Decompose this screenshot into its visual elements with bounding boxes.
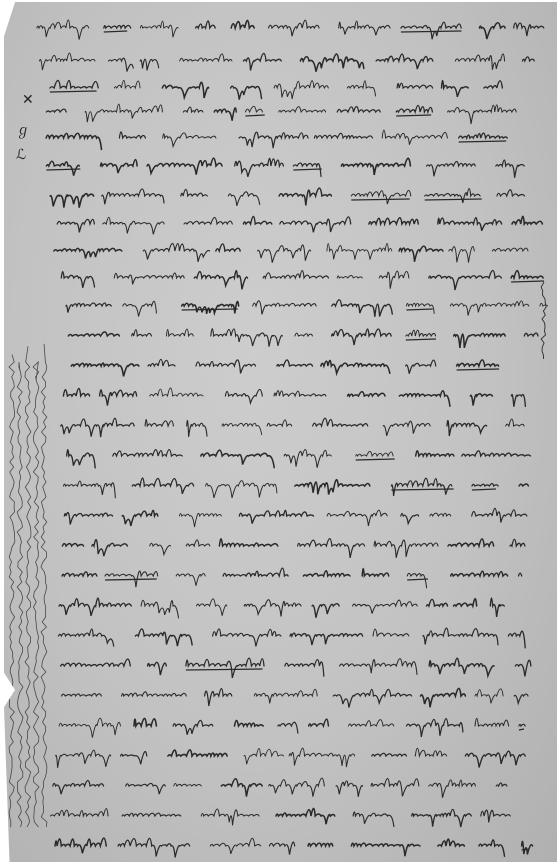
margin-annotation: [9, 355, 15, 827]
margin-cross-mark: ✕: [22, 92, 34, 108]
handwritten-line: [37, 20, 544, 40]
handwritten-line: [57, 216, 542, 234]
margin-annotation: [33, 362, 39, 827]
margin-mark: ℒ: [16, 147, 26, 163]
handwritten-line: [40, 53, 535, 72]
margin-mark: ℊ: [16, 120, 30, 140]
handwritten-line: [66, 300, 548, 317]
handwritten-line: [61, 418, 524, 437]
margin-annotation: [17, 362, 23, 827]
handwritten-line: [56, 748, 526, 768]
handwritten-line: [59, 598, 504, 618]
manuscript-page: ✕ ℊ ℒ: [4, 2, 557, 862]
handwritten-line: [50, 80, 503, 99]
handwritten-line: [64, 478, 529, 498]
margin-annotation: [41, 344, 47, 827]
handwritten-line: [61, 658, 531, 678]
handwritten-line: [53, 778, 507, 798]
handwritten-line: [64, 508, 527, 527]
handwritten-line: [71, 359, 499, 376]
handwritten-line: [59, 718, 525, 738]
handwritten-line: [59, 628, 526, 648]
handwritten-line: [55, 838, 533, 857]
handwritten-line: [68, 329, 538, 348]
handwritten-line: [50, 188, 524, 208]
handwritten-line: [46, 130, 507, 149]
handwritten-line: [61, 271, 544, 291]
handwritten-line: [50, 808, 510, 827]
handwritten-line: [54, 243, 528, 262]
handwritten-line: [62, 568, 522, 588]
handwritten-line: [62, 539, 525, 558]
handwritten-line: [63, 388, 525, 407]
handwritten-line: [61, 688, 528, 707]
handwritten-line: [46, 158, 524, 178]
margin-annotation: [25, 346, 31, 827]
handwritten-line: [67, 450, 531, 468]
handwritten-line: [46, 104, 516, 124]
